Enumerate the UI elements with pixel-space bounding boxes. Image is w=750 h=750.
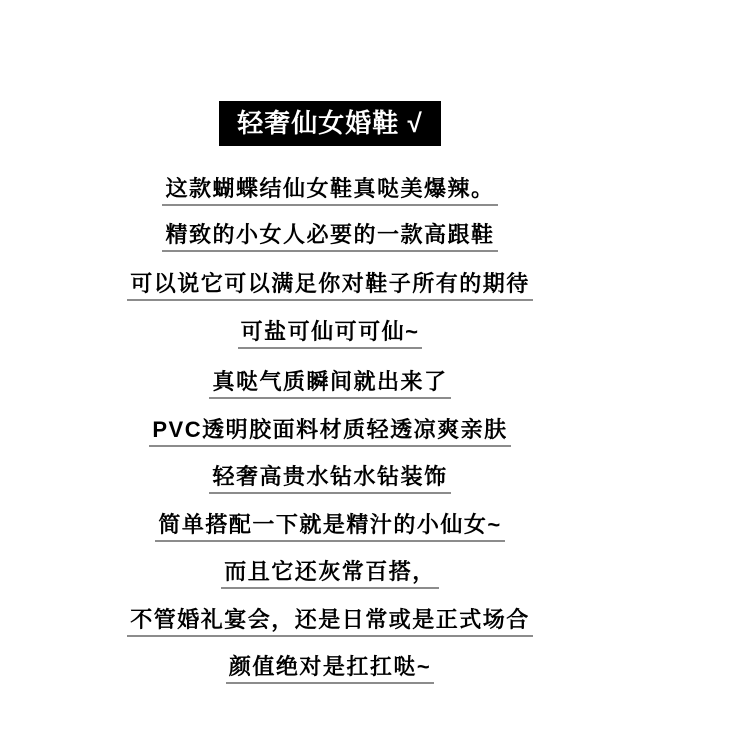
description-line: 这款蝴蝶结仙女鞋真哒美爆辣。 — [0, 177, 660, 206]
description-line-text: PVC透明胶面料材质轻透凉爽亲肤 — [149, 418, 510, 447]
description-line: 精致的小女人必要的一款高跟鞋 — [0, 223, 660, 252]
title-banner-text: 轻奢仙女婚鞋 √ — [237, 101, 423, 146]
description-line: 可以说它可以满足你对鞋子所有的期待 — [0, 272, 660, 301]
description-line: 真哒气质瞬间就出来了 — [0, 370, 660, 399]
description-line-text: 轻奢高贵水钻水钻装饰 — [209, 465, 450, 494]
description-line-text: 精致的小女人必要的一款高跟鞋 — [162, 223, 497, 252]
description-line: 可盐可仙可可仙~ — [0, 320, 660, 349]
description-line-text: 可盐可仙可可仙~ — [238, 320, 423, 349]
description-line: 而且它还灰常百搭， — [0, 560, 660, 589]
description-line-text: 真哒气质瞬间就出来了 — [209, 370, 450, 399]
description-line-text: 颜值绝对是扛扛哒~ — [226, 655, 434, 684]
description-line-text: 简单搭配一下就是精汁的小仙女~ — [155, 513, 504, 542]
description-line-text: 这款蝴蝶结仙女鞋真哒美爆辣。 — [162, 177, 497, 206]
description-line: 轻奢高贵水钻水钻装饰 — [0, 465, 660, 494]
description-line-text: 可以说它可以满足你对鞋子所有的期待 — [127, 272, 533, 301]
description-line-text: 不管婚礼宴会，还是日常或是正式场合 — [127, 608, 533, 637]
description-line: 简单搭配一下就是精汁的小仙女~ — [0, 513, 660, 542]
description-line: PVC透明胶面料材质轻透凉爽亲肤 — [0, 418, 660, 447]
product-description-page: 轻奢仙女婚鞋 √ 这款蝴蝶结仙女鞋真哒美爆辣。 精致的小女人必要的一款高跟鞋 可… — [0, 0, 750, 750]
description-line: 颜值绝对是扛扛哒~ — [0, 655, 660, 684]
description-line-text: 而且它还灰常百搭， — [221, 560, 439, 589]
title-banner: 轻奢仙女婚鞋 √ — [219, 101, 441, 146]
description-line: 不管婚礼宴会，还是日常或是正式场合 — [0, 608, 660, 637]
content-column: 轻奢仙女婚鞋 √ 这款蝴蝶结仙女鞋真哒美爆辣。 精致的小女人必要的一款高跟鞋 可… — [0, 0, 660, 750]
